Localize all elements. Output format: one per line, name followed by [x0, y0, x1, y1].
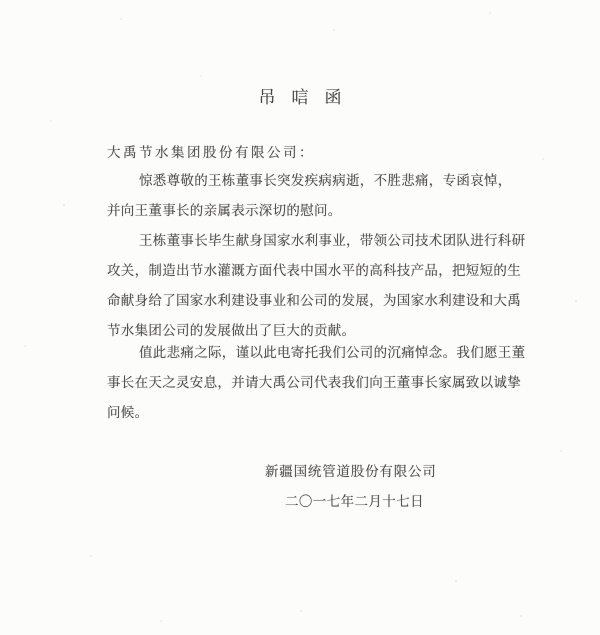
paragraph-line: 值此悲痛之际，谨以此电寄托我们公司的沉痛悼念。我们愿王董	[107, 338, 519, 368]
paragraph-line: 惊悉尊敬的王栋董事长突发疾病病逝，不胜悲痛，专函哀悼，	[107, 166, 519, 196]
scan-noise-speckles	[0, 0, 2, 2]
signature-date: 二〇一七年二月十七日	[285, 490, 424, 510]
paragraph-3: 值此悲痛之际，谨以此电寄托我们公司的沉痛悼念。我们愿王董 事长在天之灵安息，并请…	[107, 338, 519, 428]
paragraph-line: 并向王董事长的亲属表示深切的慰问。	[107, 196, 519, 226]
addressee-line: 大禹节水集团股份有限公司：	[107, 141, 315, 161]
paragraph-line: 问候。	[107, 398, 519, 428]
paragraph-line: 命献身给了国家水利建设事业和公司的发展，为国家水利建设和大禹	[107, 286, 519, 316]
scanned-letter-page: 吊唁函 大禹节水集团股份有限公司： 惊悉尊敬的王栋董事长突发疾病病逝，不胜悲痛，…	[0, 0, 600, 635]
paragraph-line: 王栋董事长毕生献身国家水利事业，带领公司技术团队进行科研	[107, 226, 519, 256]
signature-company: 新疆国统管道股份有限公司	[265, 460, 437, 480]
paragraph-2: 王栋董事长毕生献身国家水利事业，带领公司技术团队进行科研 攻关，制造出节水灌溉方…	[107, 226, 519, 346]
paragraph-line: 攻关，制造出节水灌溉方面代表中国水平的高科技产品，把短短的生	[107, 256, 519, 286]
paragraph-line: 事长在天之灵安息，并请大禹公司代表我们向王董事长家属致以诚挚	[107, 368, 519, 398]
letter-title: 吊唁函	[0, 83, 600, 108]
paragraph-1: 惊悉尊敬的王栋董事长突发疾病病逝，不胜悲痛，专函哀悼， 并向王董事长的亲属表示深…	[107, 166, 519, 226]
